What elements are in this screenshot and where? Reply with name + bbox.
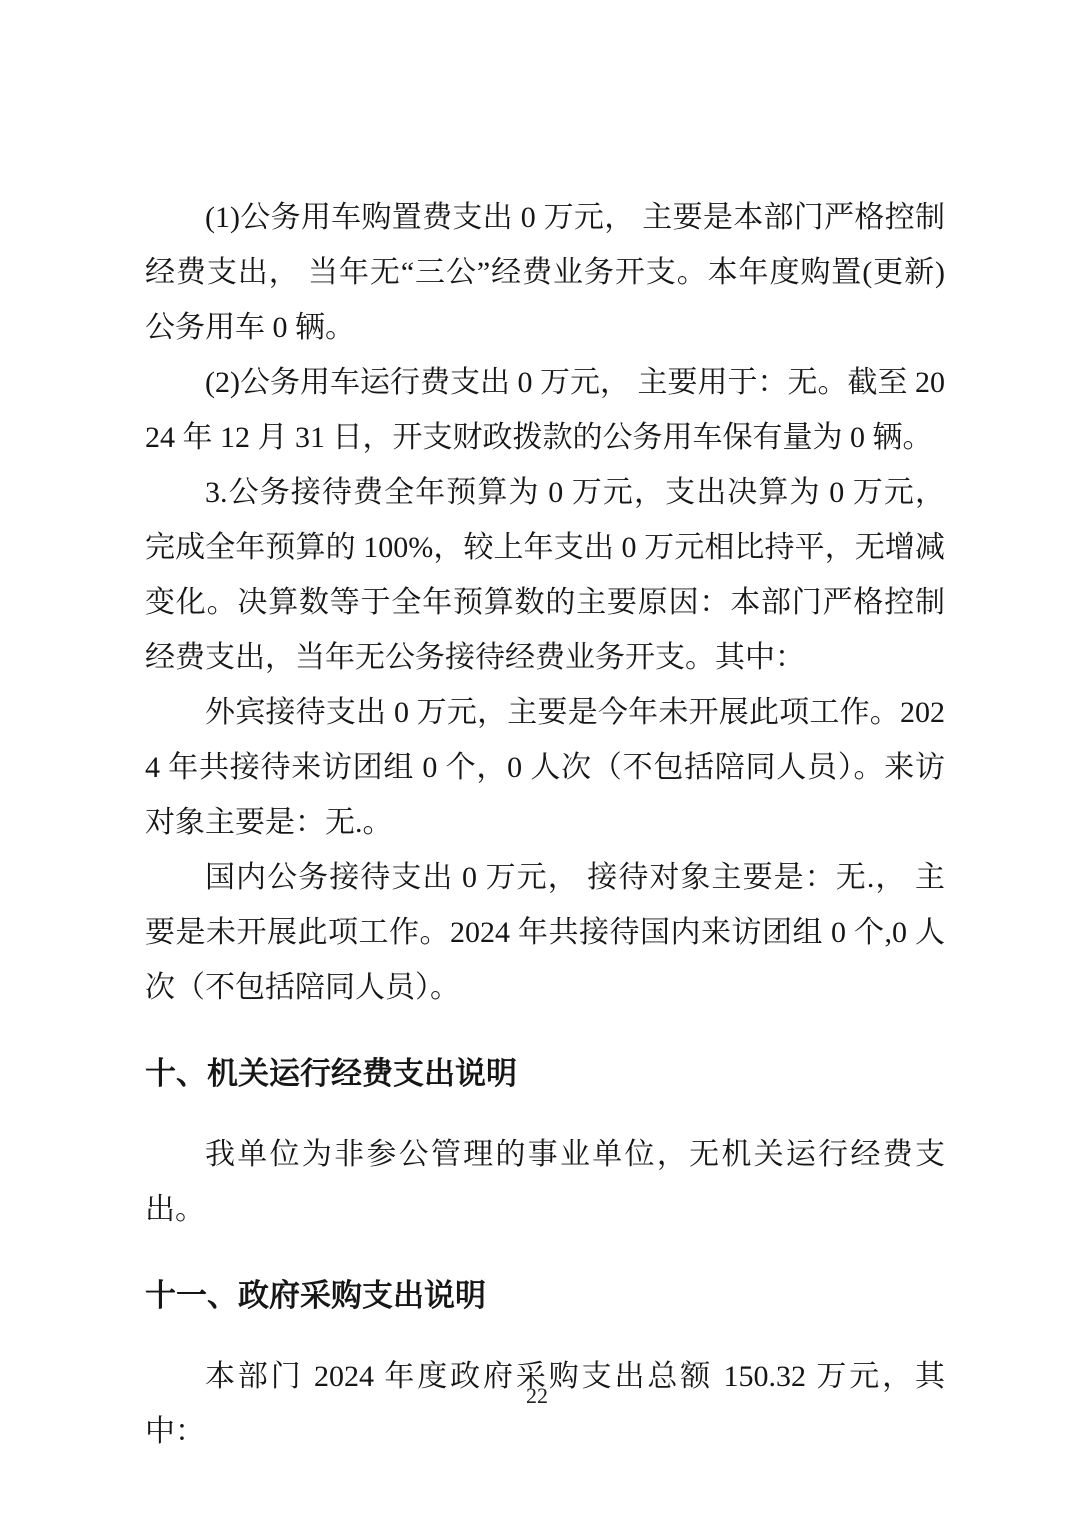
paragraph-vehicle-purchase-expense: (1)公务用车购置费支出 0 万元， 主要是本部门严格控制经费支出， 当年无“三… [145, 190, 945, 355]
heading-section-11-government-procurement: 十一、政府采购支出说明 [145, 1268, 945, 1323]
paragraph-foreign-guest-reception: 外宾接待支出 0 万元，主要是今年未开展此项工作。2024 年共接待来访团组 0… [145, 685, 945, 850]
paragraph-official-reception-expense: 3.公务接待费全年预算为 0 万元，支出决算为 0 万元，完成全年预算的 100… [145, 465, 945, 685]
page-number: 22 [0, 1382, 1074, 1410]
paragraph-operating-expense-note: 我单位为非参公管理的事业单位，无机关运行经费支出。 [145, 1127, 945, 1237]
paragraph-vehicle-operation-expense: (2)公务用车运行费支出 0 万元， 主要用于：无。截至 2024 年 12 月… [145, 355, 945, 465]
document-page: (1)公务用车购置费支出 0 万元， 主要是本部门严格控制经费支出， 当年无“三… [0, 0, 1074, 1520]
heading-section-10-operating-expense: 十、机关运行经费支出说明 [145, 1046, 945, 1101]
document-body: (1)公务用车购置费支出 0 万元， 主要是本部门严格控制经费支出， 当年无“三… [145, 190, 945, 1459]
paragraph-domestic-reception: 国内公务接待支出 0 万元， 接待对象主要是：无.， 主要是未开展此项工作。20… [145, 850, 945, 1015]
